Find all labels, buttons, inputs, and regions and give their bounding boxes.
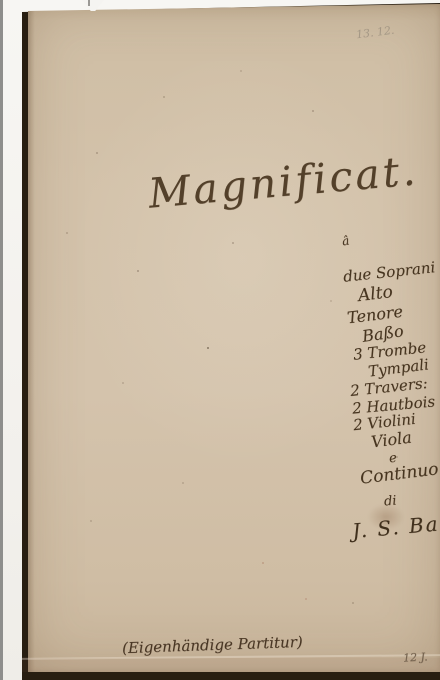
manuscript-scan: 13. 12. Magnificat. â due Soprani Alto T… xyxy=(0,0,440,680)
scan-left-border xyxy=(0,0,3,680)
page-top-notch xyxy=(82,0,104,11)
page-top-notch-mark xyxy=(88,0,90,6)
scoring-line-di: di xyxy=(383,493,397,509)
paper-crease-band xyxy=(22,658,440,672)
annotation-shelf-number: 12 J. xyxy=(403,650,428,664)
